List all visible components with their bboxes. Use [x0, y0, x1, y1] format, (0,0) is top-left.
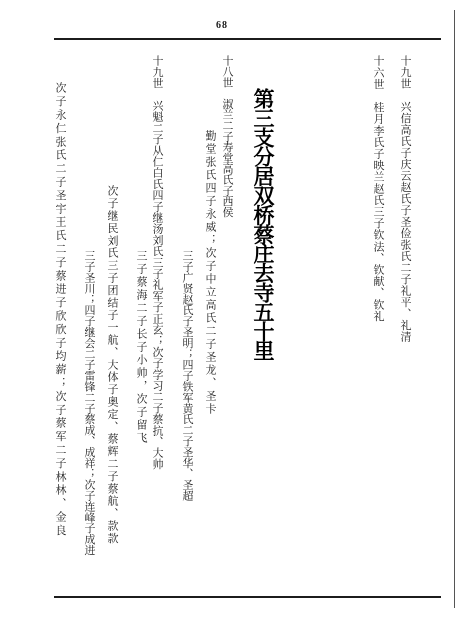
text-column: 十六世 桂月李氏子映兰赵氏三子钦法、钦献、钦礼 — [372, 55, 383, 322]
text-column: 十八世 淑兰二子寿堂高氏子西侯 — [221, 55, 232, 217]
genealogy-page: 68 第三支分居双桥蔡庄去寺五十里 十九世 兴信高氏子庆云赵氏子圣俭张氏二子礼平… — [0, 0, 459, 619]
top-rule-line — [54, 38, 441, 40]
text-column: 三子蔡海二子长子小帅，次子留飞 — [135, 250, 146, 445]
text-column: 三子圣川；四子继会二子雷锋二子蔡成、成祥；次子连峰子成进 — [83, 250, 94, 555]
text-column: 三子广贤赵氏子圣明；四子铁军黄氏二子圣华、圣超 — [181, 250, 192, 501]
section-title: 第三支分居双桥蔡庄去寺五十里 — [252, 88, 273, 360]
text-column: 十九世 兴魁二子从仁白氏四子继汤刘氏三子礼军子正玄；次子学习二子蔡抗、大帅 — [151, 55, 162, 469]
bottom-rule-line — [54, 596, 441, 598]
text-column: 次子继民刘氏三子团结子一航、大体子奥定、蔡辉二子蔡航、款款 — [106, 185, 117, 545]
page-edge-line — [454, 10, 455, 608]
page-number: 68 — [200, 20, 244, 31]
text-column: 十九世 兴信高氏子庆云赵氏子圣俭张氏二子礼平、礼清 — [399, 55, 410, 343]
text-column: 勤堂张氏四子永威；次子中立高氏二子圣龙、圣卡 — [204, 130, 215, 416]
text-column: 次子永仁张氏二子圣宇王氏二子蔡进子欣欣子均薪；次子蔡军二子林林、金良 — [54, 82, 65, 538]
